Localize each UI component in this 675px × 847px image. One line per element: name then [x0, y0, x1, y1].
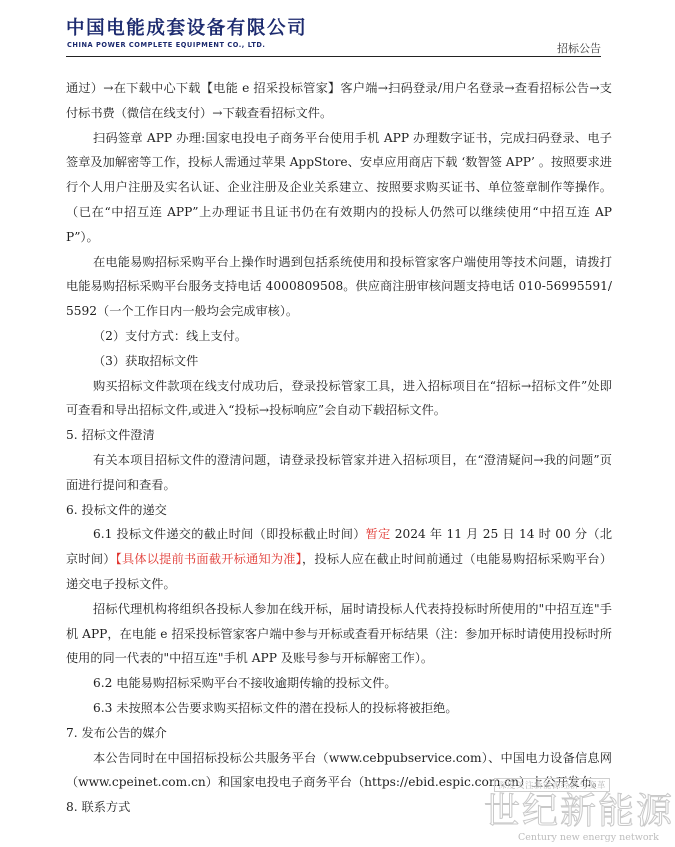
paragraph-download-steps: 通过）→在下载中心下载【电能 e 招采投标管家】客户端→扫码登录/用户名登录→查…: [66, 76, 612, 126]
tentative-label: 暂定: [366, 527, 391, 541]
document-header: 中国电能成套设备有限公司 CHINA POWER COMPLETE EQUIPM…: [66, 18, 601, 58]
section-heading-6: 6. 投标文件的递交: [66, 498, 612, 523]
document-body: 通过）→在下载中心下载【电能 e 招采投标管家】客户端→扫码登录/用户名登录→查…: [66, 76, 612, 820]
paragraph-payment-method: （2）支付方式：线上支付。: [66, 324, 612, 349]
deadline-text-a: 6.1 投标文件递交的截止时间（即投标截止时间）: [93, 527, 366, 541]
paragraph-signing-app: 扫码签章 APP 办理:国家电投电子商务平台使用手机 APP 办理数字证书，完成…: [66, 126, 612, 250]
paragraph-publication-media: 本公告同时在中国招标投标公共服务平台（www.cebpubservice.com…: [66, 746, 612, 796]
paragraph-obtain-docs-title: （3）获取招标文件: [66, 349, 612, 374]
company-logo-cn: 中国电能成套设备有限公司: [66, 18, 307, 40]
paragraph-late-files: 6.2 电能易购招标采购平台不接收逾期传输的投标文件。: [66, 671, 612, 696]
paragraph-rejection: 6.3 未按照本公告要求购买招标文件的潜在投标人的投标将被拒绝。: [66, 696, 612, 721]
notice-highlight: 【具体以提前书面截开标通知为准】: [116, 552, 302, 566]
paragraph-clarification: 有关本项目招标文件的澄清问题，请登录投标管家并进入招标项目，在“澄清疑问→我的问…: [66, 448, 612, 498]
paragraph-support-phone: 在电能易购招标采购平台上操作时遇到包括系统使用和投标管家客户端使用等技术问题，请…: [66, 250, 612, 324]
section-heading-7: 7. 发布公告的媒介: [66, 721, 612, 746]
document-type-label: 招标公告: [557, 40, 601, 56]
paragraph-obtain-docs: 购买招标文件款项在线支付成功后，登录投标管家工具，进入招标项目在“招标→招标文件…: [66, 374, 612, 424]
watermark-title-en: Century new energy network: [518, 832, 659, 843]
paragraph-deadline: 6.1 投标文件递交的截止时间（即投标截止时间）暂定 2024 年 11 月 2…: [66, 522, 612, 596]
section-heading-8: 8. 联系方式: [66, 795, 612, 820]
company-logo-en: CHINA POWER COMPLETE EQUIPMENT CO., LTD.: [67, 41, 265, 49]
header-divider: [66, 56, 601, 57]
paragraph-online-opening: 招标代理机构将组织各投标人参加在线开标，届时请投标人代表持投标时所使用的"中招互…: [66, 597, 612, 671]
section-heading-5: 5. 招标文件澄清: [66, 423, 612, 448]
